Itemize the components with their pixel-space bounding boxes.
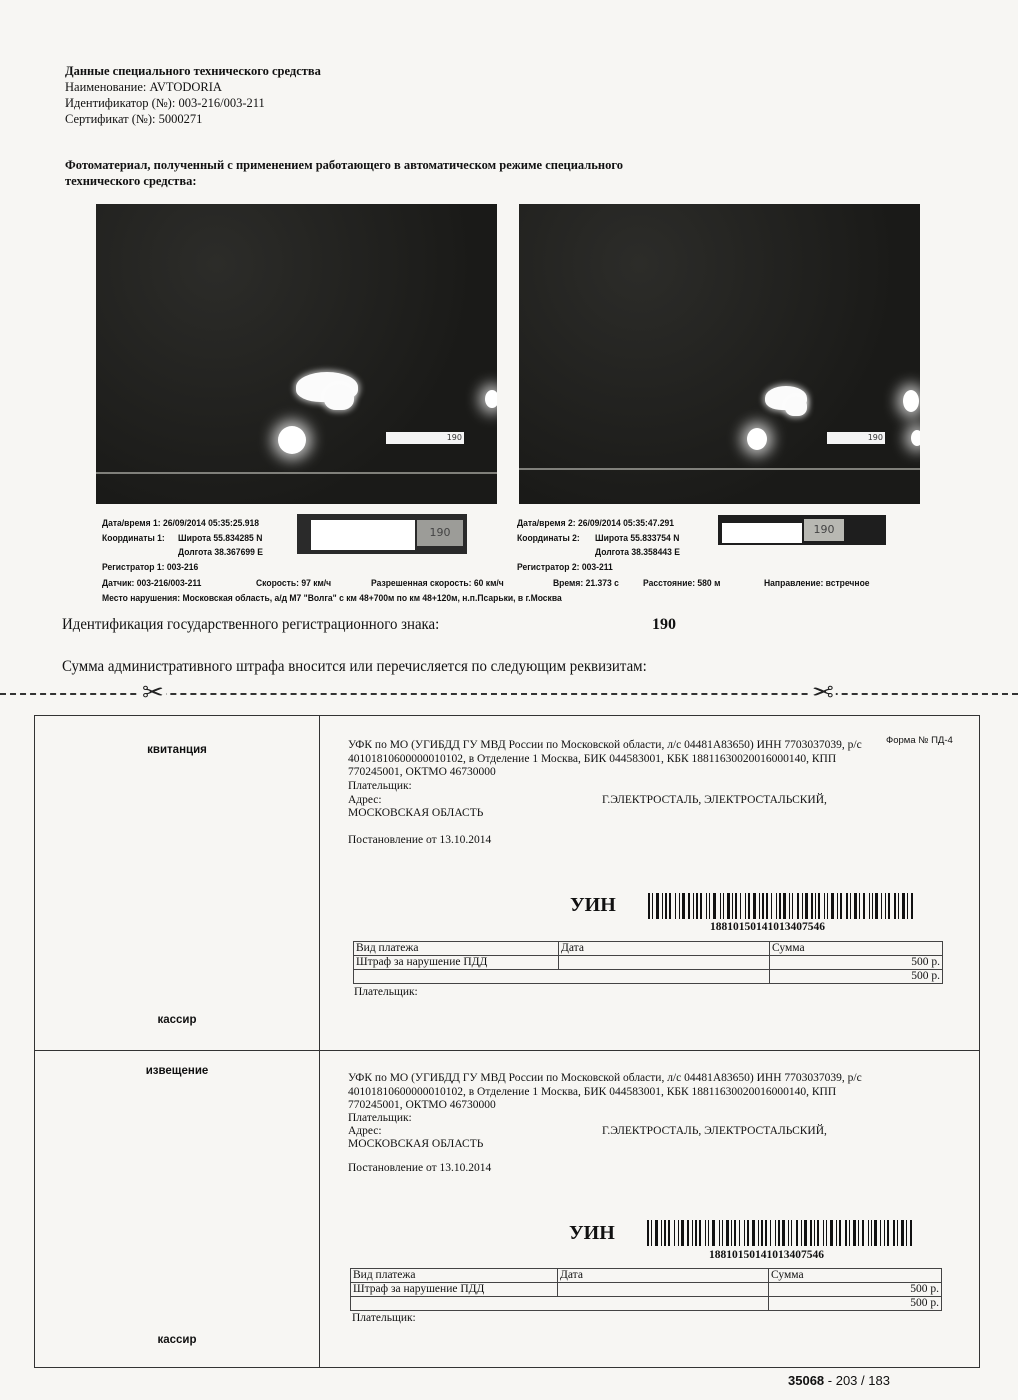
photo-1-lat: Широта 55.834285 N xyxy=(178,532,262,545)
slip-1-payer-bottom: Плательщик: xyxy=(354,986,418,998)
photo-1-registrar: Регистратор 1: 003-216 xyxy=(102,561,198,574)
slip-2-uin-number: 18810150141013407546 xyxy=(709,1249,824,1261)
slip-2-uin-label: УИН xyxy=(569,1222,615,1245)
photo-2-coords-label: Координаты 2: xyxy=(517,532,580,545)
photo-2-lon: Долгота 38.358443 E xyxy=(595,546,680,559)
slip-2-cashier: кассир xyxy=(35,1334,319,1346)
form-label: Форма № ПД-4 xyxy=(886,735,953,746)
photo-2-registrar: Регистратор 2: 003-211 xyxy=(517,561,613,574)
allowed-speed: Разрешенная скорость: 60 км/ч xyxy=(371,577,504,590)
scissors-icon: ✂ xyxy=(810,680,836,706)
slip-2-payer-label: Плательщик: xyxy=(348,1112,868,1126)
slip-2-payment-table: Вид платежа Дата Сумма Штраф за нарушени… xyxy=(350,1268,942,1311)
device-id: Идентификатор (№): 003-216/003-211 xyxy=(65,95,321,111)
plate-identification-label: Идентификация государственного регистрац… xyxy=(62,616,439,634)
table-row: Штраф за нарушение ПДД 500 р. xyxy=(351,1283,942,1297)
device-certificate: Сертификат (№): 5000271 xyxy=(65,111,321,127)
col-header: Дата xyxy=(559,942,770,956)
plate-crop-1: 190 xyxy=(297,514,467,554)
slip-divider-horizontal xyxy=(34,1050,980,1051)
photo-1-lon: Долгота 38.367699 E xyxy=(178,546,263,559)
document-code: 35068 - 203 / 183 xyxy=(788,1373,890,1388)
sensor-id: Датчик: 003-216/003-211 xyxy=(102,577,201,590)
slip-1-payer-label: Плательщик: xyxy=(348,780,868,794)
plate-2: 190 xyxy=(827,432,885,444)
violation-photo-2: 190 xyxy=(519,204,920,504)
slip-1-uin-number: 18810150141013407546 xyxy=(710,921,825,933)
slip-2-address-value: Г.ЭЛЕКТРОСТАЛЬ, ЭЛЕКТРОСТАЛЬСКИЙ, xyxy=(602,1125,862,1139)
slip-divider-vertical xyxy=(319,715,320,1368)
photo-1-datetime: Дата/время 1: 26/09/2014 05:35:25.918 xyxy=(102,517,259,530)
slip-2-title: извещение xyxy=(35,1065,319,1077)
col-header: Сумма xyxy=(769,1269,942,1283)
slip-2-requisites: УФК по МО (УГИБДД ГУ МВД России по Моско… xyxy=(348,1072,868,1113)
device-heading: Данные специального технического средств… xyxy=(65,63,321,79)
violation-location: Место нарушения: Московская область, а/д… xyxy=(102,592,562,605)
col-header: Сумма xyxy=(770,942,943,956)
table-total-row: 500 р. xyxy=(351,1297,942,1311)
slip-1-cashier: кассир xyxy=(35,1014,319,1026)
slip-1-address-value: Г.ЭЛЕКТРОСТАЛЬ, ЭЛЕКТРОСТАЛЬСКИЙ, xyxy=(602,794,862,808)
measurement-time: Время: 21.373 с xyxy=(553,577,619,590)
col-header: Вид платежа xyxy=(354,942,559,956)
slip-1-payment-table: Вид платежа Дата Сумма Штраф за нарушени… xyxy=(353,941,943,984)
slip-2-payer-bottom: Плательщик: xyxy=(352,1312,416,1324)
device-name: Наименование: AVTODORIA xyxy=(65,79,321,95)
plate-1: 190 xyxy=(386,432,464,444)
photo-1-coords-label: Координаты 1: xyxy=(102,532,165,545)
table-total-row: 500 р. xyxy=(354,970,943,984)
photo-section-title: Фотоматериал, полученный с применением р… xyxy=(65,157,625,189)
scissors-icon: ✂ xyxy=(140,680,166,706)
uin-barcode xyxy=(648,893,916,919)
photo-2-lat: Широта 55.833754 N xyxy=(595,532,679,545)
device-info: Данные специального технического средств… xyxy=(65,63,321,127)
speed: Скорость: 97 км/ч xyxy=(256,577,331,590)
slip-1-decree: Постановление от 13.10.2014 xyxy=(348,834,868,848)
slip-1-uin-label: УИН xyxy=(570,894,616,917)
payment-intro: Сумма административного штрафа вносится … xyxy=(62,658,647,676)
slip-2-region: МОСКОВСКАЯ ОБЛАСТЬ xyxy=(348,1138,868,1152)
photo-2-datetime: Дата/время 2: 26/09/2014 05:35:47.291 xyxy=(517,517,674,530)
direction: Направление: встречное xyxy=(764,577,870,590)
slip-1-address-label: Адрес: xyxy=(348,794,408,808)
slip-2-decree: Постановление от 13.10.2014 xyxy=(348,1162,868,1176)
violation-photo-1: 190 xyxy=(96,204,497,504)
plate-identification-value: 190 xyxy=(652,616,676,634)
table-row: Штраф за нарушение ПДД 500 р. xyxy=(354,956,943,970)
slip-1-requisites: УФК по МО (УГИБДД ГУ МВД России по Моско… xyxy=(348,739,868,780)
uin-barcode xyxy=(647,1220,915,1246)
plate-crop-2: 190 xyxy=(718,515,886,545)
slip-1-region: МОСКОВСКАЯ ОБЛАСТЬ xyxy=(348,807,868,821)
col-header: Вид платежа xyxy=(351,1269,558,1283)
col-header: Дата xyxy=(558,1269,769,1283)
distance: Расстояние: 580 м xyxy=(643,577,720,590)
slip-2-address-label: Адрес: xyxy=(348,1125,408,1139)
slip-1-title: квитанция xyxy=(35,744,319,756)
